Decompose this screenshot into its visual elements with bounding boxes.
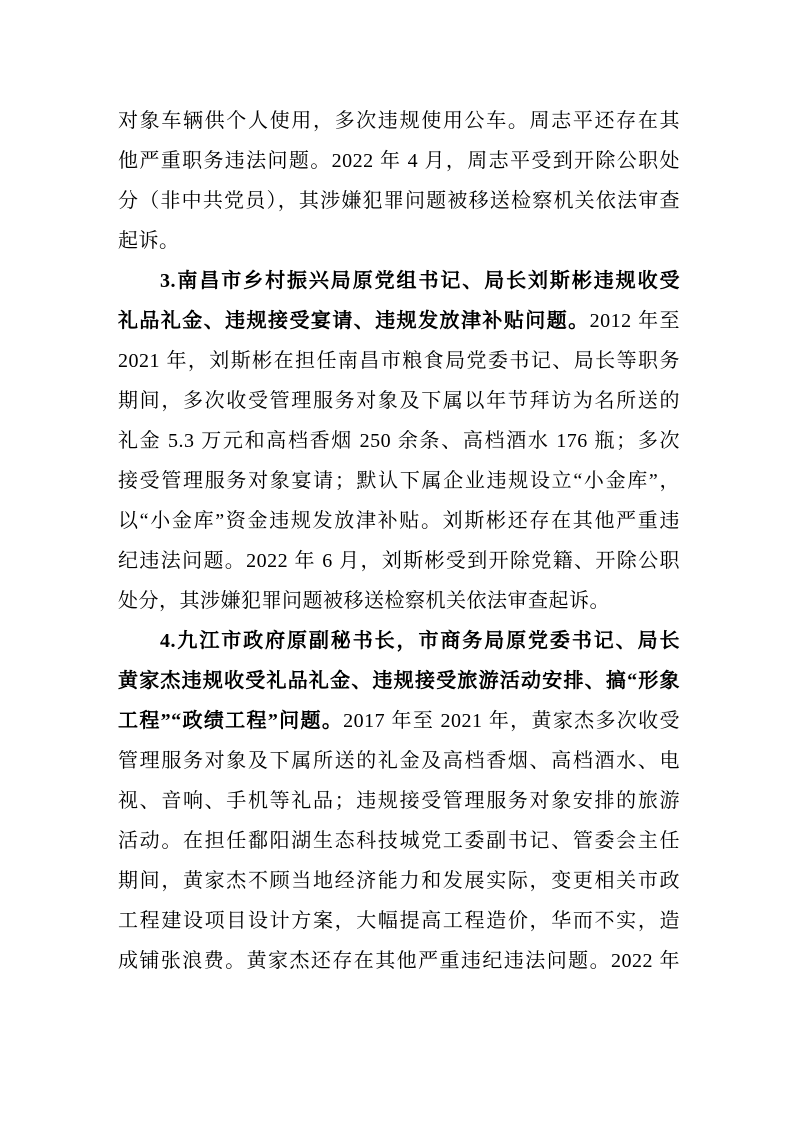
line-text-segment: 期间，多次收受管理服务对象及下属以年节拜访为名所送的 [118, 390, 680, 412]
document-line: 视、音响、手机等礼品；违规接受管理服务对象安排的旅游 [118, 781, 680, 821]
document-line: 对象车辆供个人使用，多次违规使用公车。周志平还存在其 [118, 101, 680, 141]
line-text-segment: 礼金 5.3 万元和高档香烟 250 余条、高档酒水 176 瓶；多次 [118, 430, 680, 452]
line-text-segment: 对象车辆供个人使用，多次违规使用公车。周志平还存在其 [118, 110, 680, 132]
line-text-segment: 2012 年至 [590, 310, 680, 332]
document-line: 接受管理服务对象宴请；默认下属企业违规设立“小金库”， [118, 461, 680, 501]
document-line: 以“小金库”资金违规发放津补贴。刘斯彬还存在其他严重违 [118, 501, 680, 541]
document-line: 礼金 5.3 万元和高档香烟 250 余条、高档酒水 176 瓶；多次 [118, 421, 680, 461]
line-text-segment: 处分，其涉嫌犯罪问题被移送检察机关依法审查起诉。 [118, 590, 610, 612]
document-line: 礼品礼金、违规接受宴请、违规发放津补贴问题。2012 年至 [118, 301, 680, 341]
line-text-segment: 管理服务对象及下属所送的礼金及高档香烟、高档酒水、电 [118, 750, 680, 772]
line-text-segment: 2017 年至 2021 年，黄家杰多次收受 [343, 710, 680, 732]
line-text-segment: 分（非中共党员），其涉嫌犯罪问题被移送检察机关依法审查 [118, 190, 680, 212]
document-line: 管理服务对象及下属所送的礼金及高档香烟、高档酒水、电 [118, 741, 680, 781]
line-text-segment: 2021 年，刘斯彬在担任南昌市粮食局党委书记、局长等职务 [118, 350, 680, 372]
document-line: 4.九江市政府原副秘书长，市商务局原党委书记、局长 [118, 621, 680, 661]
document-line: 分（非中共党员），其涉嫌犯罪问题被移送检察机关依法审查 [118, 181, 680, 221]
line-bold-segment: 黄家杰违规收受礼品礼金、违规接受旅游活动安排、搞“形象 [118, 670, 680, 692]
document-line: 黄家杰违规收受礼品礼金、违规接受旅游活动安排、搞“形象 [118, 661, 680, 701]
line-text-segment: 他严重职务违法问题。2022 年 4 月，周志平受到开除公职处 [118, 150, 680, 172]
document-line: 起诉。 [118, 221, 680, 261]
line-bold-segment: 礼品礼金、违规接受宴请、违规发放津补贴问题。 [118, 310, 590, 332]
line-text-segment: 活动。在担任鄱阳湖生态科技城党工委副书记、管委会主任 [118, 830, 680, 852]
line-text-segment: 纪违法问题。2022 年 6 月，刘斯彬受到开除党籍、开除公职 [118, 550, 680, 572]
document-page: 对象车辆供个人使用，多次违规使用公车。周志平还存在其 他严重职务违法问题。202… [0, 0, 793, 1122]
document-line: 他严重职务违法问题。2022 年 4 月，周志平受到开除公职处 [118, 141, 680, 181]
document-content: 对象车辆供个人使用，多次违规使用公车。周志平还存在其 他严重职务违法问题。202… [118, 101, 680, 981]
line-text-segment: 成铺张浪费。黄家杰还存在其他严重违纪违法问题。2022 年 [118, 950, 680, 972]
document-line: 成铺张浪费。黄家杰还存在其他严重违纪违法问题。2022 年 [118, 941, 680, 981]
document-line: 2021 年，刘斯彬在担任南昌市粮食局党委书记、局长等职务 [118, 341, 680, 381]
line-text-segment: 以“小金库”资金违规发放津补贴。刘斯彬还存在其他严重违 [118, 510, 680, 532]
line-bold-segment: 4.九江市政府原副秘书长，市商务局原党委书记、局长 [160, 630, 680, 652]
document-line: 工程”“政绩工程”问题。2017 年至 2021 年，黄家杰多次收受 [118, 701, 680, 741]
document-line: 处分，其涉嫌犯罪问题被移送检察机关依法审查起诉。 [118, 581, 680, 621]
document-line: 纪违法问题。2022 年 6 月，刘斯彬受到开除党籍、开除公职 [118, 541, 680, 581]
line-bold-segment: 3.南昌市乡村振兴局原党组书记、局长刘斯彬违规收受 [160, 270, 680, 292]
line-bold-segment: 工程”“政绩工程”问题。 [118, 710, 343, 732]
line-text-segment: 视、音响、手机等礼品；违规接受管理服务对象安排的旅游 [118, 790, 680, 812]
document-line: 活动。在担任鄱阳湖生态科技城党工委副书记、管委会主任 [118, 821, 680, 861]
paragraph-item-3: 3.南昌市乡村振兴局原党组书记、局长刘斯彬违规收受 礼品礼金、违规接受宴请、违规… [118, 261, 680, 621]
document-line: 期间，黄家杰不顾当地经济能力和发展实际，变更相关市政 [118, 861, 680, 901]
line-text-segment: 期间，黄家杰不顾当地经济能力和发展实际，变更相关市政 [118, 870, 680, 892]
paragraph-item-2-continuation: 对象车辆供个人使用，多次违规使用公车。周志平还存在其 他严重职务违法问题。202… [118, 101, 680, 261]
line-text-segment: 接受管理服务对象宴请；默认下属企业违规设立“小金库”， [118, 470, 680, 492]
paragraph-item-4: 4.九江市政府原副秘书长，市商务局原党委书记、局长 黄家杰违规收受礼品礼金、违规… [118, 621, 680, 981]
document-line: 3.南昌市乡村振兴局原党组书记、局长刘斯彬违规收受 [118, 261, 680, 301]
document-line: 期间，多次收受管理服务对象及下属以年节拜访为名所送的 [118, 381, 680, 421]
line-text-segment: 起诉。 [118, 230, 180, 252]
document-line: 工程建设项目设计方案，大幅提高工程造价，华而不实，造 [118, 901, 680, 941]
line-text-segment: 工程建设项目设计方案，大幅提高工程造价，华而不实，造 [118, 910, 680, 932]
